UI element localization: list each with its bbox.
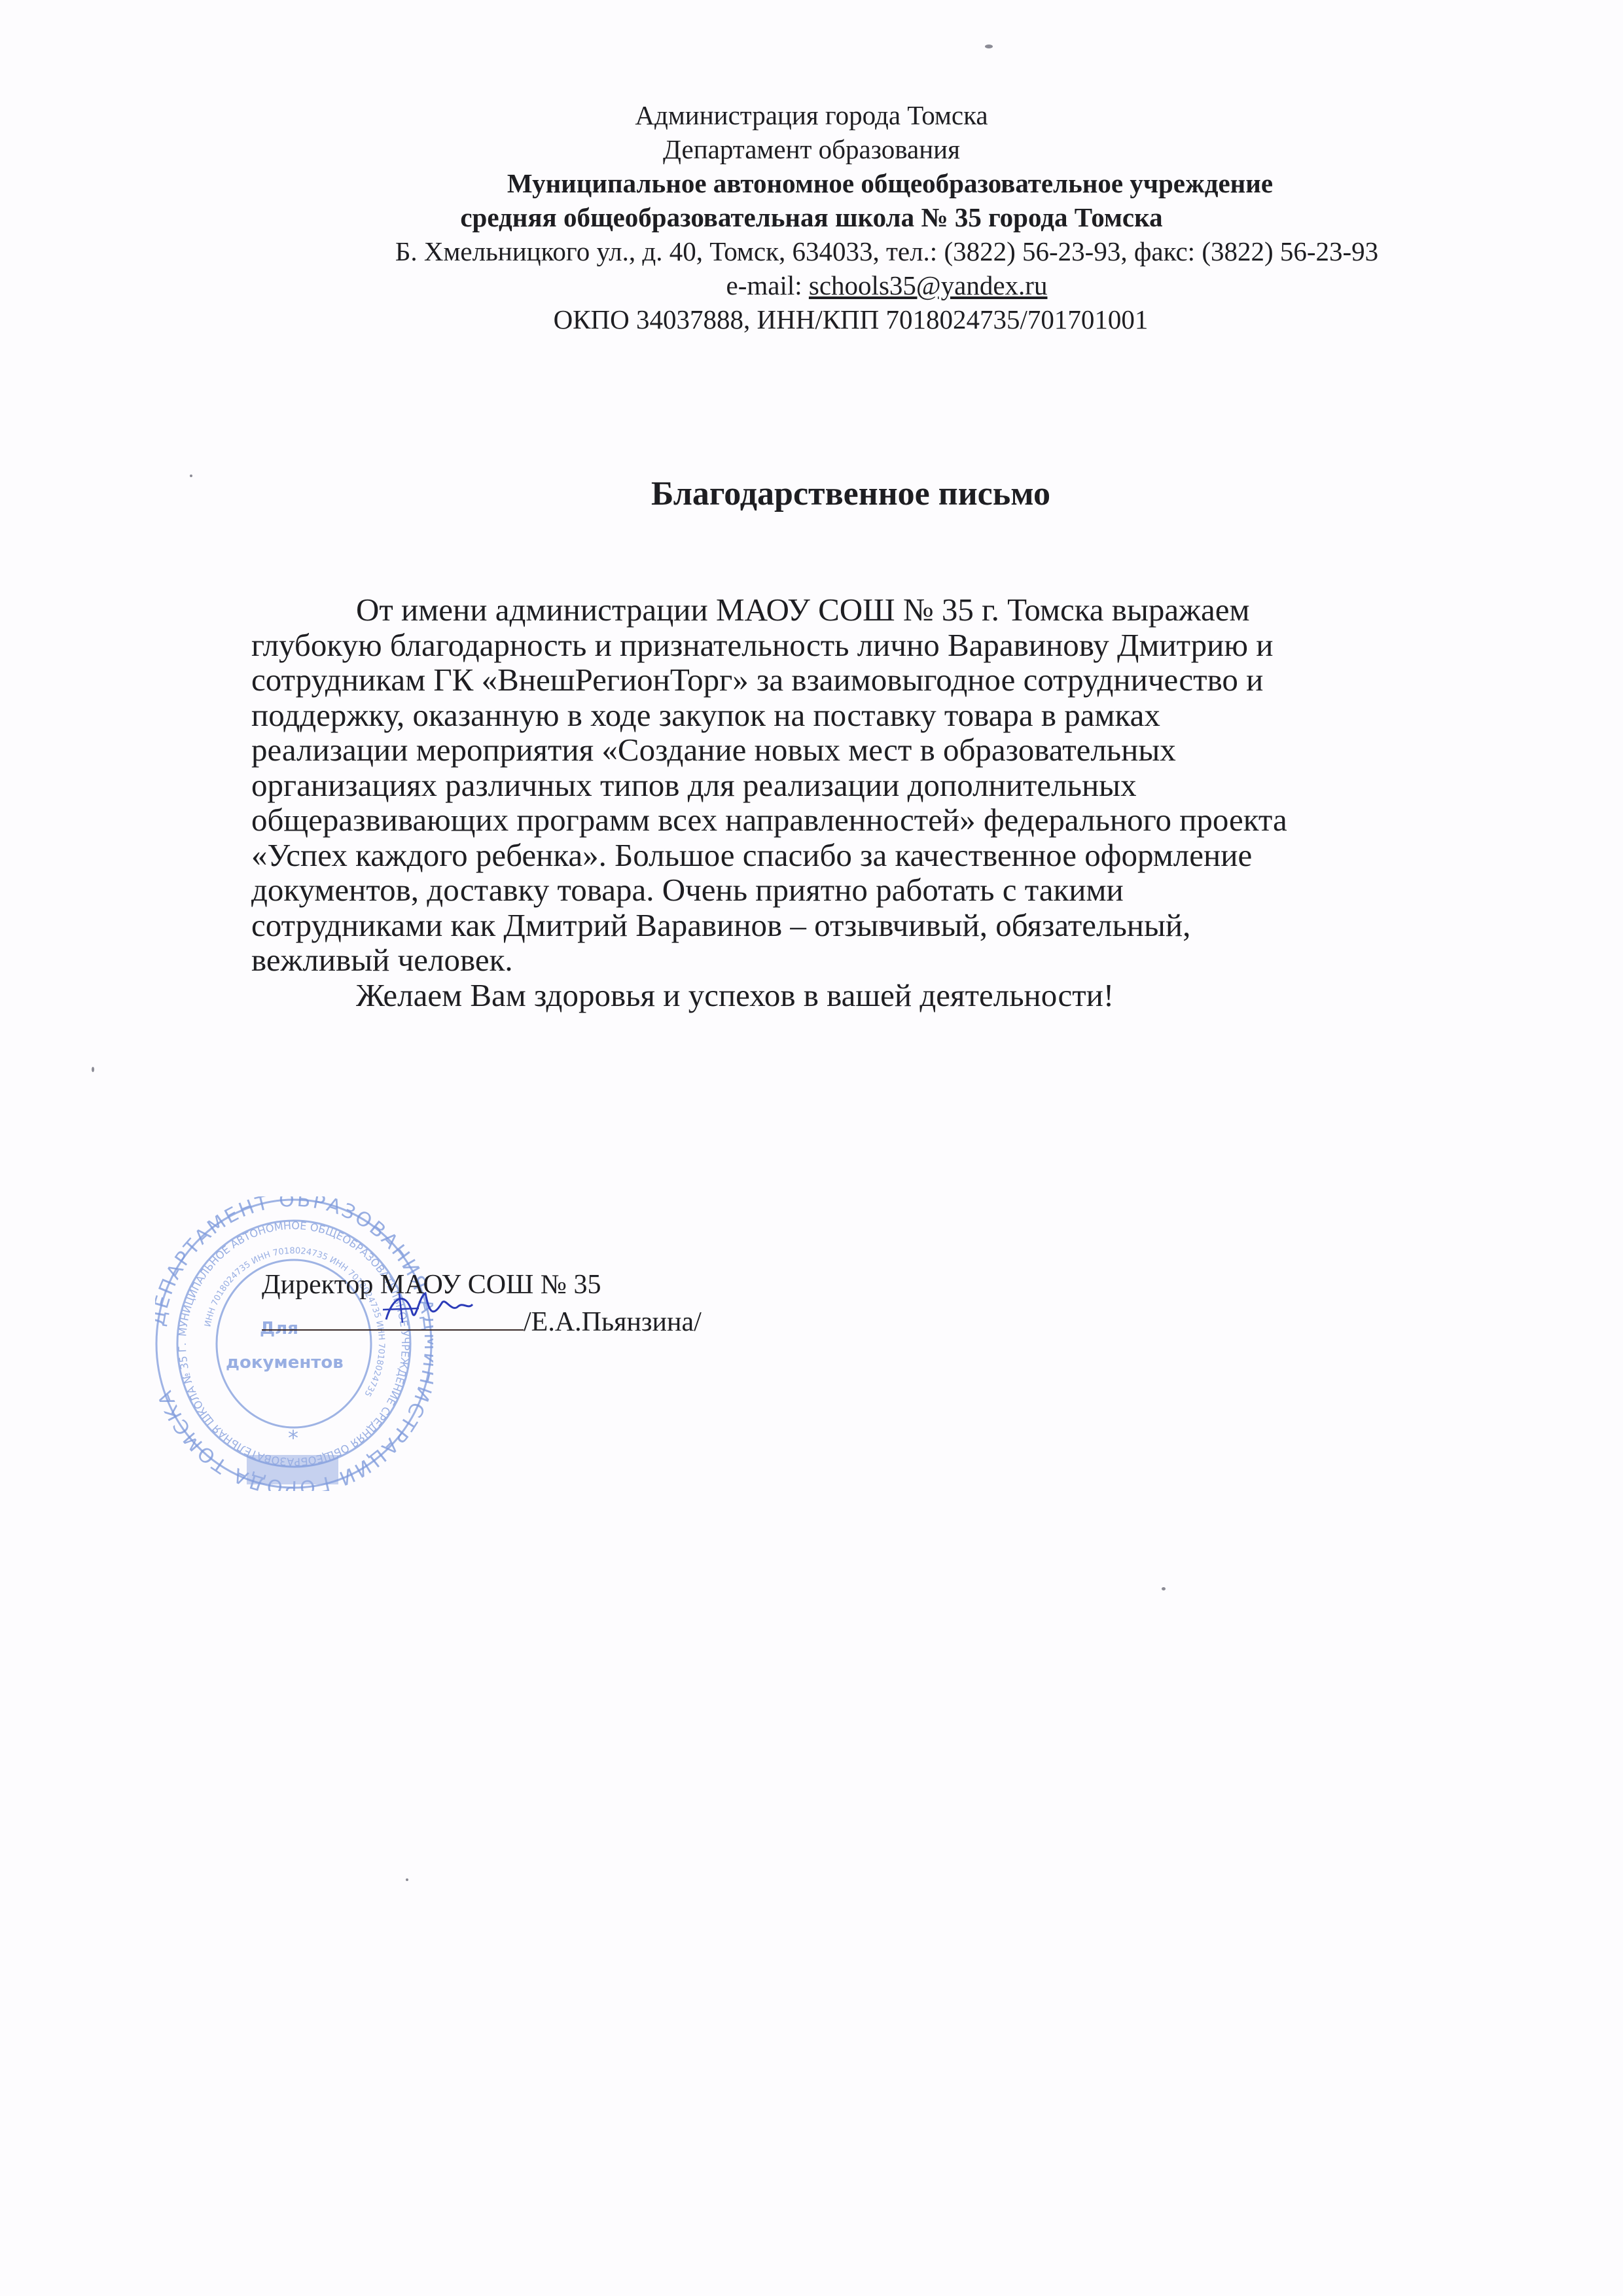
email-link[interactable]: schools35@yandex.ru [809,270,1048,300]
city-administration: Администрация города Томска [0,98,1623,132]
scan-speck [190,475,192,477]
scan-speck [1162,1587,1166,1590]
scan-speck [92,1067,94,1072]
email-line: e-mail: schools35@yandex.ru [0,268,1623,302]
body-line: сотрудниками как Дмитрий Варавинов – отз… [251,908,1416,943]
signatory-name: /Е.А.Пьянзина/ [524,1307,702,1337]
letter-page: Администрация города Томска Департамент … [0,0,1623,2296]
closing-wish: Желаем Вам здоровья и успехов в вашей де… [251,978,1416,1013]
scan-speck [406,1878,408,1881]
body-line: организациях различных типов для реализа… [251,768,1416,803]
letterhead: Администрация города Томска Департамент … [0,98,1623,336]
email-label: e-mail: [726,270,809,300]
letter-body: От имени администрации МАОУ СОШ № 35 г. … [251,592,1416,1013]
signature-block: Директор МАОУ СОШ № 35 /Е.А.Пьянзина/ [262,1266,702,1340]
body-line: реализации мероприятия «Создание новых м… [251,732,1416,768]
body-line: сотрудникам ГК «ВнешРегионТорг» за взаим… [251,662,1416,698]
school-name-line2: средняя общеобразовательная школа № 35 г… [0,200,1623,234]
handwritten-signature-icon [380,1283,478,1329]
stamp-center-bottom: документов [226,1353,344,1372]
svg-text:*: * [288,1426,298,1450]
document-title: Благодарственное письмо [0,475,1623,513]
body-line: документов, доставку товара. Очень прият… [251,872,1416,908]
body-line: глубокую благодарность и признательность… [251,628,1416,663]
body-line: «Успех каждого ребенка». Большое спасибо… [251,838,1416,873]
body-line: От имени администрации МАОУ СОШ № 35 г. … [251,592,1416,628]
signature-line: /Е.А.Пьянзина/ [262,1303,702,1340]
school-name-line1: Муниципальное автономное общеобразовател… [0,166,1623,200]
scan-speck [985,45,993,48]
body-line: вежливый человек. [251,942,1416,978]
official-stamp: ДЕПАРТАМЕНТ ОБРАЗОВАНИЯ АДМИНИСТРАЦИИ ГО… [155,1196,433,1491]
signature-field [262,1303,524,1331]
signatory-position: Директор МАОУ СОШ № 35 [262,1266,702,1303]
body-line: общеразвивающих программ всех направленн… [251,802,1416,838]
body-line: поддержку, оказанную в ходе закупок на п… [251,698,1416,733]
school-address: Б. Хмельницкого ул., д. 40, Томск, 63403… [0,234,1623,268]
education-department: Департамент образования [0,132,1623,166]
okpo-inn: ОКПО 34037888, ИНН/КПП 7018024735/701701… [0,302,1623,336]
